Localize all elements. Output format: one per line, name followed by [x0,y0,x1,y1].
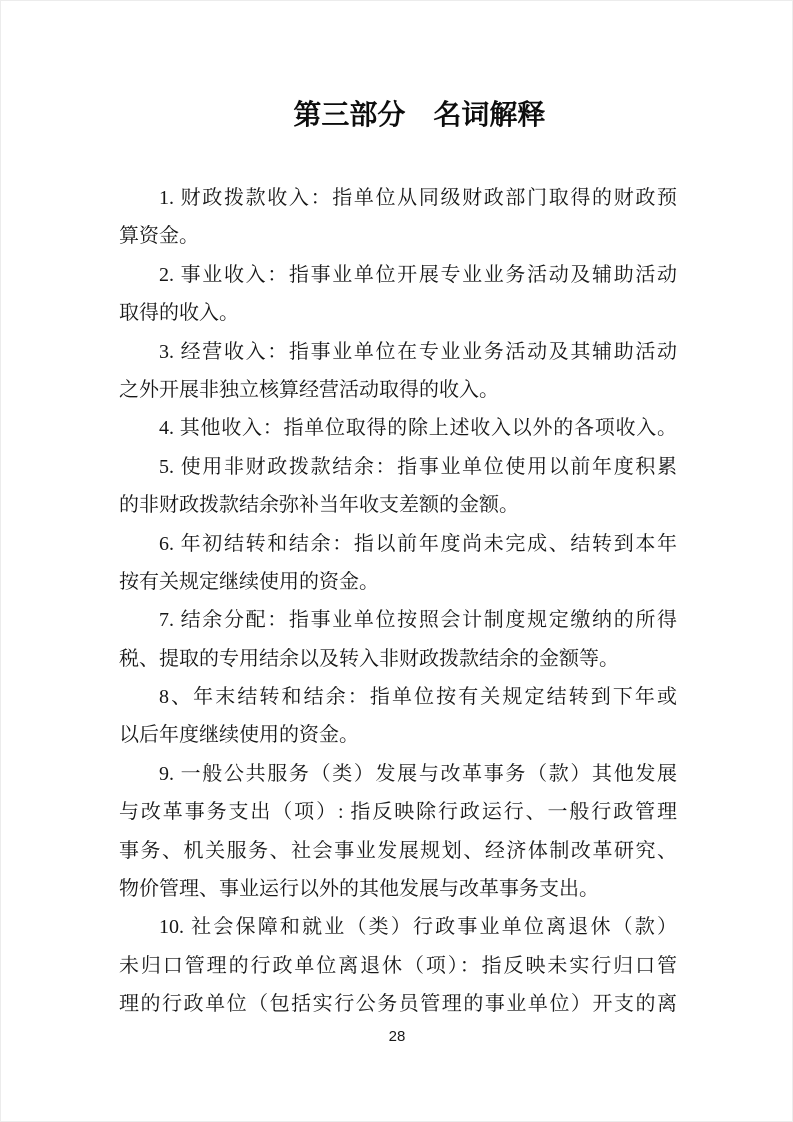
paragraph-term-7: 7. 结余分配：指事业单位按照会计制度规定缴纳的所得 税、提取的专用结余以及转入… [119,601,677,678]
text-line: 以后年度继续使用的资金。 [119,716,677,754]
paragraph-term-8: 8、年末结转和结余：指单位按有关规定结转到下年或 以后年度继续使用的资金。 [119,678,677,755]
text-line: 4. 其他收入：指单位取得的除上述收入以外的各项收入。 [119,409,677,447]
paragraph-term-6: 6. 年初结转和结余：指以前年度尚未完成、结转到本年 按有关规定继续使用的资金。 [119,525,677,602]
text-line: 2. 事业收入：指事业单位开展专业业务活动及辅助活动 [119,256,677,294]
text-line: 6. 年初结转和结余：指以前年度尚未完成、结转到本年 [119,525,677,563]
text-line: 算资金。 [119,217,677,255]
text-line: 9. 一般公共服务（类）发展与改革事务（款）其他发展 [119,755,677,793]
text-line: 取得的收入。 [119,294,677,332]
paragraph-term-4: 4. 其他收入：指单位取得的除上述收入以外的各项收入。 [119,409,677,447]
text-line: 税、提取的专用结余以及转入非财政拨款结余的金额等。 [119,640,677,678]
text-line: 未归口管理的行政单位离退休（项）：指反映未实行归口管 [119,947,677,985]
text-line: 的非财政拨款结余弥补当年收支差额的金额。 [119,486,677,524]
text-line: 10. 社会保障和就业（类）行政事业单位离退休（款） [119,908,677,946]
text-line: 物价管理、事业运行以外的其他发展与改革事务支出。 [119,870,677,908]
paragraph-term-10: 10. 社会保障和就业（类）行政事业单位离退休（款） 未归口管理的行政单位离退休… [119,908,677,1023]
text-line: 3. 经营收入：指事业单位在专业业务活动及其辅助活动 [119,333,677,371]
text-line: 按有关规定继续使用的资金。 [119,563,677,601]
text-line: 之外开展非独立核算经营活动取得的收入。 [119,371,677,409]
document-body: 1. 财政拨款收入：指单位从同级财政部门取得的财政预 算资金。 2. 事业收入：… [119,179,677,1024]
document-page: 第三部分 名词解释 1. 财政拨款收入：指单位从同级财政部门取得的财政预 算资金… [0,0,793,1122]
text-line: 8、年末结转和结余：指单位按有关规定结转到下年或 [119,678,677,716]
text-line: 1. 财政拨款收入：指单位从同级财政部门取得的财政预 [119,179,677,217]
paragraph-term-9: 9. 一般公共服务（类）发展与改革事务（款）其他发展 与改革事务支出（项）: 指… [119,755,677,909]
text-line: 理的行政单位（包括实行公务员管理的事业单位）开支的离 [119,985,677,1023]
paragraph-term-2: 2. 事业收入：指事业单位开展专业业务活动及辅助活动 取得的收入。 [119,256,677,333]
page-title: 第三部分 名词解释 [119,93,675,137]
text-line: 7. 结余分配：指事业单位按照会计制度规定缴纳的所得 [119,601,677,639]
paragraph-term-5: 5. 使用非财政拨款结余：指事业单位使用以前年度积累 的非财政拨款结余弥补当年收… [119,448,677,525]
text-line: 与改革事务支出（项）: 指反映除行政运行、一般行政管理 [119,793,677,831]
page-number: 28 [119,1029,675,1045]
text-line: 5. 使用非财政拨款结余：指事业单位使用以前年度积累 [119,448,677,486]
paragraph-term-1: 1. 财政拨款收入：指单位从同级财政部门取得的财政预 算资金。 [119,179,677,256]
text-line: 事务、机关服务、社会事业发展规划、经济体制改革研究、 [119,832,677,870]
paragraph-term-3: 3. 经营收入：指事业单位在专业业务活动及其辅助活动 之外开展非独立核算经营活动… [119,333,677,410]
